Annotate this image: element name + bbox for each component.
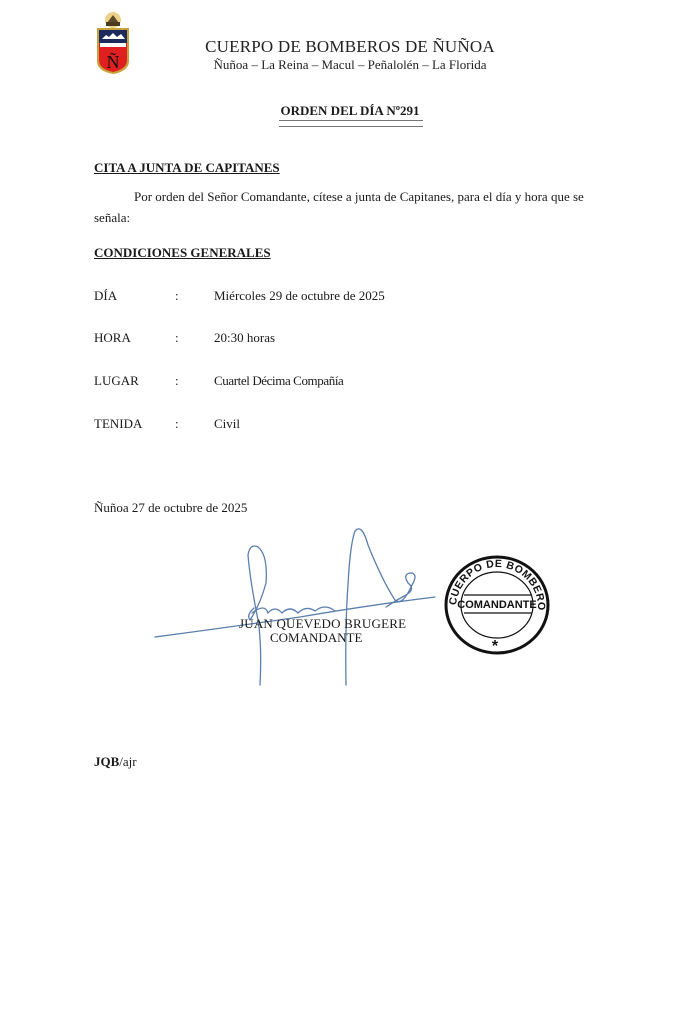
svg-text:Ñ: Ñ xyxy=(107,51,120,72)
condition-label: DÍA xyxy=(94,288,117,304)
svg-text:COMANDANTE: COMANDANTE xyxy=(457,599,536,611)
initials-bold: JQB xyxy=(94,754,119,769)
condition-value: 20:30 horas xyxy=(214,330,275,346)
title-double-rule xyxy=(279,120,423,127)
handwritten-signature-icon xyxy=(150,525,440,695)
svg-text:*: * xyxy=(492,638,499,655)
initials-rest: /ajr xyxy=(119,754,136,769)
condition-separator: : xyxy=(175,373,179,389)
signatory-role: COMANDANTE xyxy=(270,630,362,646)
condition-separator: : xyxy=(175,288,179,304)
condition-label: LUGAR xyxy=(94,373,139,389)
reference-initials: JQB/ajr xyxy=(94,754,137,770)
condition-value: Miércoles 29 de octubre de 2025 xyxy=(214,288,385,304)
order-title: ORDEN DEL DÍA Nº291 xyxy=(200,103,500,119)
condition-label: TENIDA xyxy=(94,416,142,432)
section-heading-conditions: CONDICIONES GENERALES xyxy=(94,245,271,261)
communes-subtitle: Ñuñoa – La Reina – Macul – Peñalolén – L… xyxy=(150,57,550,73)
condition-separator: : xyxy=(175,416,179,432)
meeting-paragraph: Por orden del Señor Comandante, cítese a… xyxy=(94,186,604,228)
official-seal-stamp-icon: CUERPO DE BOMBEROS DE ÑUÑOA COMANDANTE * xyxy=(442,553,552,658)
condition-label: HORA xyxy=(94,330,131,346)
condition-separator: : xyxy=(175,330,179,346)
organization-name: CUERPO DE BOMBEROS DE ÑUÑOA xyxy=(150,37,550,57)
condition-value: Cuartel Décima Compañía xyxy=(214,373,343,389)
condition-value: Civil xyxy=(214,416,240,432)
place-and-date: Ñuñoa 27 de octubre de 2025 xyxy=(94,500,247,516)
section-heading-meeting: CITA A JUNTA DE CAPITANES xyxy=(94,160,280,176)
fire-brigade-crest-icon: Ñ xyxy=(94,11,132,75)
